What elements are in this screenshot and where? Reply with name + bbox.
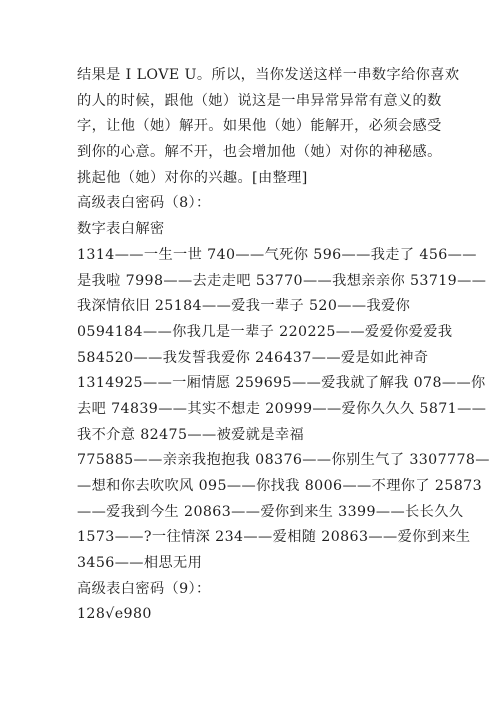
- code-line: 我不介意 82475——被爱就是幸福: [77, 423, 477, 449]
- text-line: 结果是 I LOVE U。所以，当你发送这样一串数字给你喜欢: [77, 63, 477, 89]
- code-line: 去吧 74839——其实不想走 20999——爱你久久久 5871——: [77, 397, 477, 423]
- code-line: 是我啦 7998——去走走吧 53770——我想亲亲你 53719——: [77, 269, 477, 295]
- subheading: 数字表白解密: [77, 217, 477, 243]
- document-page: 结果是 I LOVE U。所以，当你发送这样一串数字给你喜欢 的人的时候，跟他（…: [77, 63, 477, 628]
- code-line: 1314——一生一世 740——气死你 596——我走了 456——: [77, 243, 477, 269]
- code-line: 775885——亲亲我抱抱我 08376——你别生气了 3307778—: [77, 448, 477, 474]
- section-heading-9: 高级表白密码（9）：: [77, 577, 477, 603]
- code-line: 1314925——一厢情愿 259695——爱我就了解我 078——你: [77, 371, 477, 397]
- code-line: —想和你去吹吹风 095——你找我 8006——不理你了 25873: [77, 474, 477, 500]
- text-line: 到你的心意。解不开，也会增加他（她）对你的神秘感。: [77, 140, 477, 166]
- code-line: 我深情依旧 25184——爱我一辈子 520——我爱你: [77, 294, 477, 320]
- code-line: 0594184——你我几是一辈子 220225——爱爱你爱爱我: [77, 320, 477, 346]
- formula-line: 128√e980: [77, 602, 477, 628]
- text-line: 的人的时候，跟他（她）说这是一串异常异常有意义的数: [77, 89, 477, 115]
- text-line: 挑起他（她）对你的兴趣。[由整理]: [77, 166, 477, 192]
- text-line: 字，让他（她）解开。如果他（她）能解开，必须会感受: [77, 114, 477, 140]
- code-line: 3456——相思无用: [77, 551, 477, 577]
- code-line: ——爱我到今生 20863——爱你到来生 3399——长长久久: [77, 500, 477, 526]
- section-heading-8: 高级表白密码（8）：: [77, 191, 477, 217]
- code-line: 1573——?一往情深 234——爱相随 20863——爱你到来生: [77, 525, 477, 551]
- code-line: 584520——我发誓我爱你 246437——爱是如此神奇: [77, 346, 477, 372]
